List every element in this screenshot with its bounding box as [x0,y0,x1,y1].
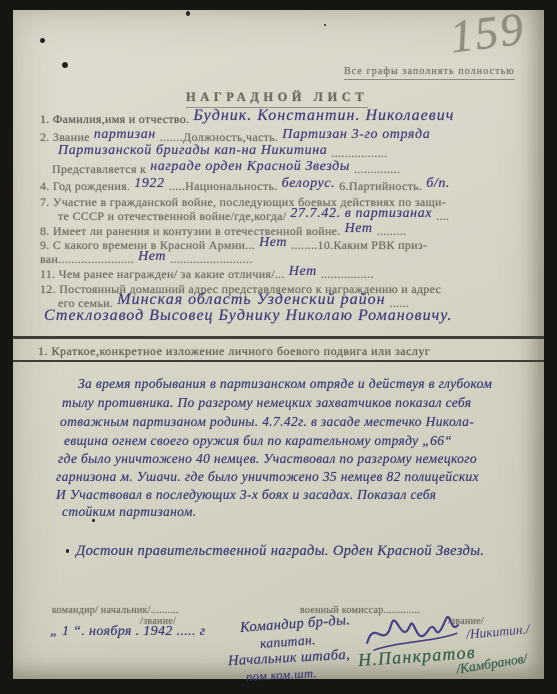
dot-leader: .............. [354,162,400,176]
page-number: 159 [447,2,528,64]
header-note: Все графы заполнять полностью [344,66,515,80]
document-title: НАГРАДНОЙ ЛИСТ [186,90,368,108]
hand-entry-wounds: Нет [345,221,373,236]
ink-speck [186,11,190,16]
hand-entry-name: Будник. Константин. Николаевич [193,107,454,124]
hand-entry-red-army: Нет [259,235,287,250]
hand-entry-unit: Партизан 3-го отряда [282,127,430,142]
hand-entry-address: Минская область Узденский район [117,291,385,308]
typed-label: 1. Фамилия,имя и отчество. [40,112,189,126]
typed-label: .....Национальность. [169,179,278,193]
divider-line-top [13,336,544,339]
section-heading: 1. Краткое,конкретное изложение личного … [38,344,430,359]
hand-entry-unit-2: Партизанской бригады кап-на Никитина [58,143,327,158]
typed-label: 4. Год рождения. [40,179,130,193]
form-line-award: Представляется к награде орден Красной З… [52,160,400,178]
typed-label: ван....................... [40,252,134,266]
dot-leader: ................. [331,146,387,160]
hand-entry-nationality: белорус. [282,176,336,191]
hand-entry-award: награде орден Красной Звезды [150,159,350,174]
ink-speck [62,62,68,68]
typed-label: те СССР и отечественной войне/где,когда/ [58,209,286,223]
hand-entry-year: 1922 [134,176,164,191]
typed-label: Представляется к [52,162,146,176]
form-line-name: 1. Фамилия,имя и отчество. Будник. Конст… [40,110,454,128]
description-line: За время пробывания в партизанском отряд… [78,376,492,392]
description-line: отважным партизаном родины. 4.7.42г. в з… [60,414,474,430]
typed-label: 11. Чем ранее награжден/ за какие отличи… [40,267,285,281]
role-chief-of-staff-rank: пом.ком.шт. [246,666,318,685]
dot-leader: ......................... [170,252,253,266]
typed-label: 2. Звание [40,130,90,144]
typed-label: 6.Партийность. [339,179,422,193]
scanned-award-document: 159 Все графы заполнять полностью НАГРАД… [0,0,557,694]
description-line: гарнизона м. Ушачи. где было уничтожено … [56,469,479,485]
typed-label: ........10.Каким РВК приз- [291,238,427,252]
description-line: стойким партизаном. [62,504,196,520]
description-line: евщина огнем своего оружия бил по карате… [64,433,452,449]
hand-entry-address-2: Стеклозавод Высовец Буднику Николаю Рома… [44,307,452,324]
ink-speck [324,24,326,26]
hand-entry-prior-awards: Нет [289,264,317,279]
dot-leader: .... [436,209,449,223]
divider-line-bottom [13,360,544,362]
conclusion-line: Достоин правительственной награды. Орден… [76,543,484,560]
hand-entry-rank: партизан [94,127,156,142]
hand-entry-rvk: Нет [138,249,166,264]
ink-speck [40,38,45,43]
description-line: где было уничтожено 40 немцев. Участвова… [58,451,477,467]
form-line-address-cont-2: Стеклозавод Высовец Буднику Николаю Рома… [44,310,452,328]
typed-label: .......Должность,часть. [160,130,278,144]
description-line: тылу противника. По разгрому немецких за… [62,395,471,411]
dot-leader: ................ [321,267,374,281]
date-entry: „ 1 “. ноября . 1942 ..... г [50,624,205,640]
conclusion-bullet-dot [66,549,69,553]
hand-entry-since: 27.7.42. в партизанах [290,206,432,221]
description-line: И Участвовал в последующих 3-х боях и за… [56,487,436,503]
hand-entry-party: б/п. [426,176,450,191]
